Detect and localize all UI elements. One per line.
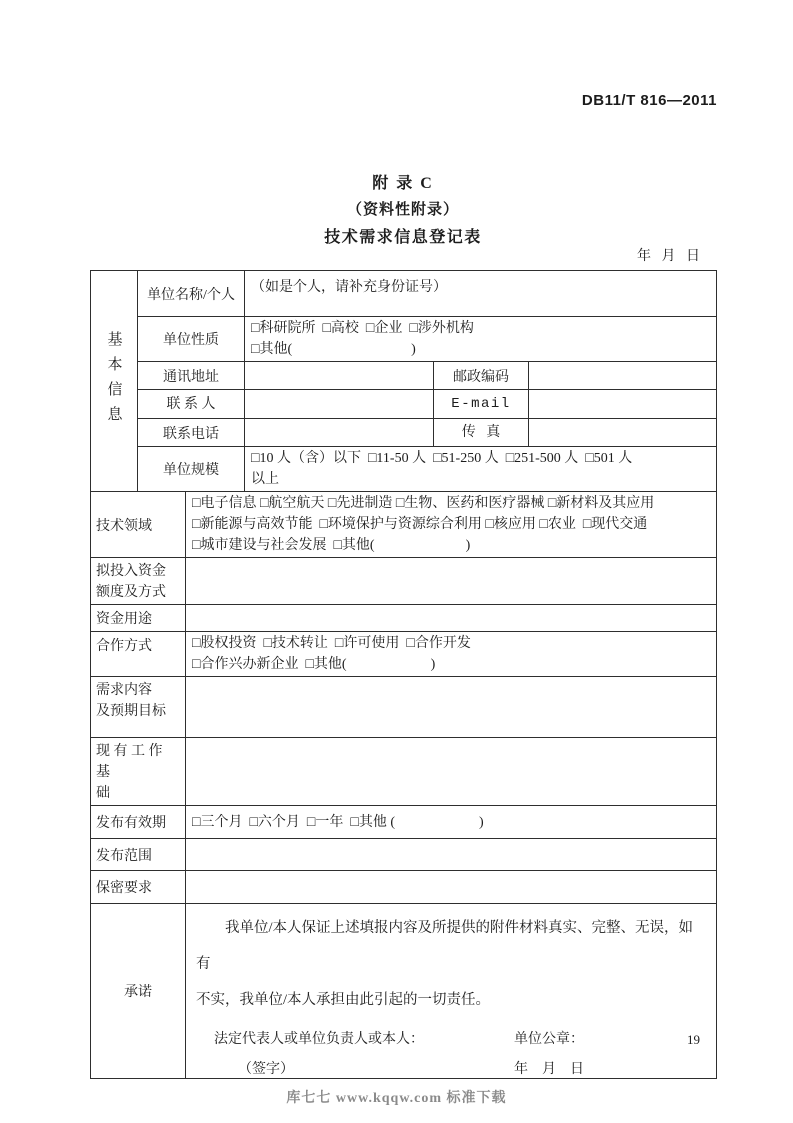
sign-note: （签字） [238, 1058, 294, 1078]
unit-scale-options: □10 人（含）以下 □11-50 人 □51-250 人 □251-500 人… [245, 447, 717, 492]
fund-usage-label: 资金用途 [91, 605, 186, 632]
row-secrecy: 保密要求 [91, 871, 717, 904]
phone-label: 联系电话 [138, 419, 245, 447]
row-fund-amount: 拟投入资金 额度及方式 [91, 558, 717, 605]
valid-period-options: □三个月 □六个月 □一年 □其他 ( ) [186, 806, 717, 839]
title-block: 附 录 C （资料性附录） 技术需求信息登记表 [90, 170, 716, 247]
fax-value [529, 419, 717, 447]
email-value [529, 390, 717, 419]
registration-form-table: 基本信息 单位名称/个人 （如是个人，请补充身份证号） 单位性质 □科研院所 □… [90, 270, 717, 1079]
tech-field-options: □电子信息 □航空航天 □先进制造 □生物、医药和医疗器械 □新材料及其应用 □… [186, 492, 717, 558]
contact-label: 联 系 人 [138, 390, 245, 419]
commitment-statement: 我单位/本人保证上述填报内容及所提供的附件材料真实、完整、无误，如有 不实，我单… [196, 910, 706, 1018]
row-work-basis: 现 有 工 作 基 础 [91, 738, 717, 806]
demand-label: 需求内容 及预期目标 [91, 677, 186, 738]
unit-type-options: □科研院所 □高校 □企业 □涉外机构 □其他( ) [245, 317, 717, 362]
work-basis-label: 现 有 工 作 基 础 [91, 738, 186, 806]
unit-type-label: 单位性质 [138, 317, 245, 362]
unit-scale-label: 单位规模 [138, 447, 245, 492]
row-cooperation: 合作方式 □股权投资 □技术转让 □许可使用 □合作开发 □合作兴办新企业 □其… [91, 632, 717, 677]
valid-period-label: 发布有效期 [91, 806, 186, 839]
form-title: 技术需求信息登记表 [90, 224, 716, 247]
basic-info-group-label: 基本信息 [104, 331, 125, 431]
fund-usage-value [186, 605, 717, 632]
unit-name-label: 单位名称/个人 [138, 271, 245, 317]
postcode-label: 邮政编码 [434, 362, 529, 390]
basic-info-group-wrap: 基本信息 [97, 276, 131, 486]
row-contact: 联 系 人 E-mail [91, 390, 717, 419]
document-page: DB11/T 816—2011 附 录 C （资料性附录） 技术需求信息登记表 … [0, 0, 793, 1123]
signature-row-2: （签字） 年 月 日 [196, 1058, 706, 1078]
row-tech-field: 技术领域 □电子信息 □航空航天 □先进制造 □生物、医药和医疗器械 □新材料及… [91, 492, 717, 558]
address-label: 通讯地址 [138, 362, 245, 390]
commitment-inner: 我单位/本人保证上述填报内容及所提供的附件材料真实、完整、无误，如有 不实，我单… [186, 904, 716, 1078]
date-line: 年 月 日 [90, 245, 700, 265]
fax-label: 传 真 [434, 419, 529, 447]
contact-value [245, 390, 434, 419]
page-number: 19 [90, 1032, 700, 1048]
row-address: 通讯地址 邮政编码 [91, 362, 717, 390]
fund-amount-label: 拟投入资金 额度及方式 [91, 558, 186, 605]
fund-amount-value [186, 558, 717, 605]
scope-value [186, 839, 717, 871]
row-phone: 联系电话 传 真 [91, 419, 717, 447]
address-value [245, 362, 434, 390]
appendix-subtitle: （资料性附录） [90, 198, 716, 219]
demand-value [186, 677, 717, 738]
cooperation-label: 合作方式 [91, 632, 186, 677]
watermark: 库七七 www.kqqw.com 标准下载 [0, 1087, 793, 1107]
commitment-content: 我单位/本人保证上述填报内容及所提供的附件材料真实、完整、无误，如有 不实，我单… [186, 904, 717, 1079]
postcode-value [529, 362, 717, 390]
sign-date: 年 月 日 [514, 1058, 706, 1078]
row-unit-name: 基本信息 单位名称/个人 （如是个人，请补充身份证号） [91, 271, 717, 317]
row-fund-usage: 资金用途 [91, 605, 717, 632]
row-unit-type: 单位性质 □科研院所 □高校 □企业 □涉外机构 □其他( ) [91, 317, 717, 362]
standard-doc-number: DB11/T 816—2011 [90, 92, 717, 109]
basic-info-group-cell: 基本信息 [91, 271, 138, 492]
row-scope: 发布范围 [91, 839, 717, 871]
cooperation-options: □股权投资 □技术转让 □许可使用 □合作开发 □合作兴办新企业 □其他( ) [186, 632, 717, 677]
row-valid-period: 发布有效期 □三个月 □六个月 □一年 □其他 ( ) [91, 806, 717, 839]
commitment-label: 承诺 [91, 904, 186, 1079]
phone-value [245, 419, 434, 447]
row-unit-scale: 单位规模 □10 人（含）以下 □11-50 人 □51-250 人 □251-… [91, 447, 717, 492]
tech-field-label: 技术领域 [91, 492, 186, 558]
row-commitment: 承诺 我单位/本人保证上述填报内容及所提供的附件材料真实、完整、无误，如有 不实… [91, 904, 717, 1079]
appendix-title: 附 录 C [90, 170, 716, 193]
secrecy-value [186, 871, 717, 904]
unit-name-note: （如是个人，请补充身份证号） [245, 271, 717, 317]
email-label: E-mail [434, 390, 529, 419]
scope-label: 发布范围 [91, 839, 186, 871]
row-demand: 需求内容 及预期目标 [91, 677, 717, 738]
work-basis-value [186, 738, 717, 806]
secrecy-label: 保密要求 [91, 871, 186, 904]
